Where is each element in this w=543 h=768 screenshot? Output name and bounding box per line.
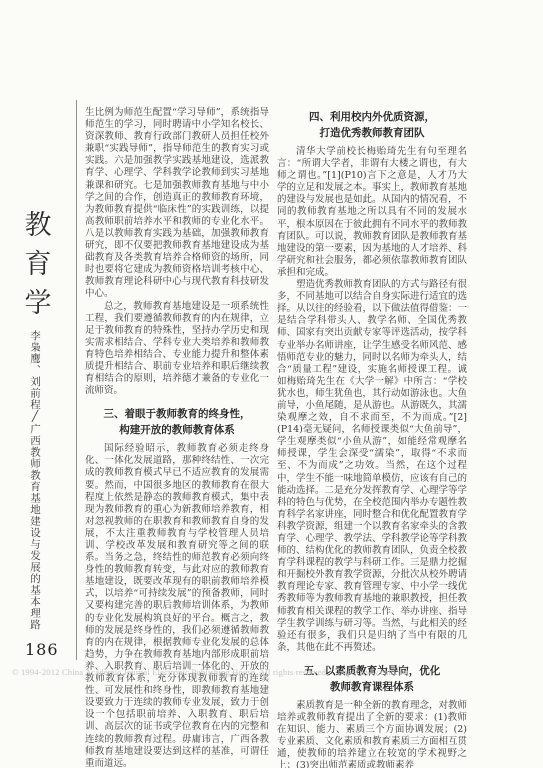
body-paragraph: 清华大学前校长梅贻琦先生有句至理名言：“所谓大学者，非谓有大楼之谓也，有大师之谓… [277,146,467,279]
body-paragraph: 塑造优秀教师教育团队的方式与路径有很多，不同基地可以结合自身实际进行适宜的选择。… [277,279,467,654]
section-4-heading-line2: 打造优秀教师教育团队 [277,125,467,141]
scanned-journal-page: 教 育 学 李枭鹰、刘前程╱广西教师教育基地建设与发展的基本理路 186 生比例… [0,0,543,768]
journal-section-char: 育 [14,245,62,284]
section-5-heading-line2: 教师教育课程体系 [277,679,467,695]
sidebar-divider-rule [76,100,77,660]
journal-section-char: 教 [14,206,62,245]
article-byline-vertical: 李枭鹰、刘前程╱广西教师教育基地建设与发展的基本理路 [27,330,43,642]
section-3-heading-line2: 构建开放的教师教育体系 [85,422,269,438]
body-paragraph: 生比例为师范生配置“学习导师”，系统指导师范生的学习，同时聘请中小学知名校长、资… [85,107,269,301]
section-4-heading: 四、利用校内外优质资源， 打造优秀教师教育团队 [277,109,467,141]
page-number: 186 [25,640,59,659]
body-paragraph: 总之，教师教育基地建设是一项系统性工程，我们要遵循教师教育的内在规律，立足于教师… [85,301,269,398]
body-paragraph: 国际经验昭示，教师教育必须走终身化、一体化发展道路，那种终结性、一次完成的教师教… [85,443,269,768]
section-4-heading-line1: 四、利用校内外优质资源， [277,109,467,125]
section-3-heading: 三、着眼于教师教育的终身性， 构建开放的教师教育体系 [85,406,269,438]
section-3-heading-line1: 三、着眼于教师教育的终身性， [85,406,269,422]
copyright-watermark: © 1994-2012 China Academic Journal Elect… [12,667,532,677]
journal-section-label: 教 育 学 [14,206,62,323]
body-paragraph: 素质教育是一种全新的教育理念，对教师培养或教师教育提出了全新的要求：(1)教师在… [277,700,467,768]
journal-section-char: 学 [14,284,62,323]
